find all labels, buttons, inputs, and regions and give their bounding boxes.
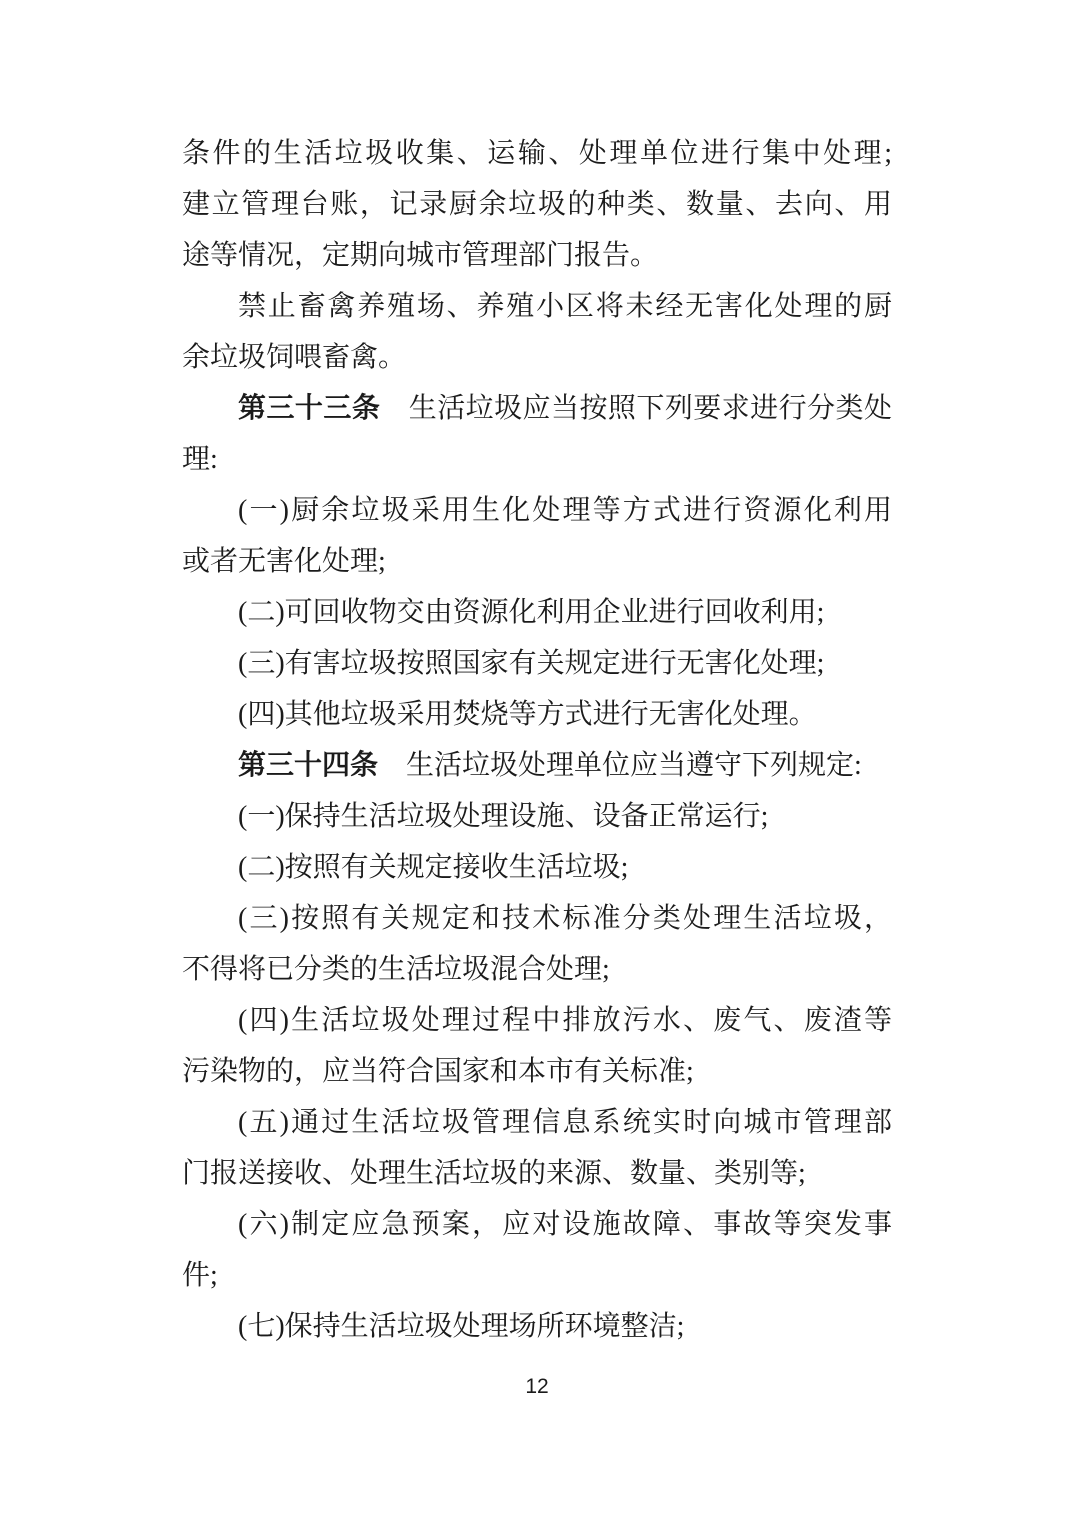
article-number: 第三十三条	[238, 393, 380, 424]
line-text: 生活垃圾处理单位应当遵守下列规定:	[378, 750, 862, 781]
line-text: (四)生活垃圾处理过程中排放污水、废气、废渣等	[238, 1005, 892, 1036]
article-heading-line: 第三十四条 生活垃圾处理单位应当遵守下列规定:	[182, 740, 892, 791]
text-line: 禁止畜禽养殖场、养殖小区将未经无害化处理的厨	[182, 281, 892, 332]
text-line: (三)按照有关规定和技术标准分类处理生活垃圾，	[182, 893, 892, 944]
line-text: 条件的生活垃圾收集、运输、处理单位进行集中处理;	[182, 138, 892, 169]
line-text: 污染物的，应当符合国家和本市有关标准;	[182, 1056, 694, 1087]
text-line: (二)按照有关规定接收生活垃圾;	[182, 842, 892, 893]
text-line: 建立管理台账，记录厨余垃圾的种类、数量、去向、用	[182, 179, 892, 230]
text-line: 污染物的，应当符合国家和本市有关标准;	[182, 1046, 892, 1097]
text-line: (五)通过生活垃圾管理信息系统实时向城市管理部	[182, 1097, 892, 1148]
text-line: (二)可回收物交由资源化利用企业进行回收利用;	[182, 587, 892, 638]
text-line: 或者无害化处理;	[182, 536, 892, 587]
text-line: 理:	[182, 434, 892, 485]
text-line: (四)其他垃圾采用焚烧等方式进行无害化处理。	[182, 689, 892, 740]
line-text: (六)制定应急预案，应对设施故障、事故等突发事	[238, 1209, 892, 1240]
line-text: 件;	[182, 1260, 218, 1291]
line-text: 理:	[182, 444, 218, 475]
text-line: (一)厨余垃圾采用生化处理等方式进行资源化利用	[182, 485, 892, 536]
line-text: 生活垃圾应当按照下列要求进行分类处	[380, 393, 892, 424]
line-text: (七)保持生活垃圾处理场所环境整洁;	[238, 1311, 684, 1342]
line-text: (二)可回收物交由资源化利用企业进行回收利用;	[238, 597, 824, 628]
line-text: (三)有害垃圾按照国家有关规定进行无害化处理;	[238, 648, 824, 679]
line-text: 禁止畜禽养殖场、养殖小区将未经无害化处理的厨	[238, 291, 892, 322]
document-body: 条件的生活垃圾收集、运输、处理单位进行集中处理;建立管理台账，记录厨余垃圾的种类…	[182, 128, 892, 1352]
line-text: 建立管理台账，记录厨余垃圾的种类、数量、去向、用	[182, 189, 892, 220]
line-text: 不得将已分类的生活垃圾混合处理;	[182, 954, 610, 985]
text-line: 件;	[182, 1250, 892, 1301]
line-text: (二)按照有关规定接收生活垃圾;	[238, 852, 628, 883]
text-line: (六)制定应急预案，应对设施故障、事故等突发事	[182, 1199, 892, 1250]
line-text: 门报送接收、处理生活垃圾的来源、数量、类别等;	[182, 1158, 806, 1189]
text-line: 途等情况，定期向城市管理部门报告。	[182, 230, 892, 281]
line-text: (三)按照有关规定和技术标准分类处理生活垃圾，	[238, 903, 892, 934]
line-text: (五)通过生活垃圾管理信息系统实时向城市管理部	[238, 1107, 892, 1138]
text-line: (七)保持生活垃圾处理场所环境整洁;	[182, 1301, 892, 1352]
line-text: (一)保持生活垃圾处理设施、设备正常运行;	[238, 801, 768, 832]
text-line: 门报送接收、处理生活垃圾的来源、数量、类别等;	[182, 1148, 892, 1199]
line-text: 或者无害化处理;	[182, 546, 386, 577]
text-line: (一)保持生活垃圾处理设施、设备正常运行;	[182, 791, 892, 842]
line-text: 余垃圾饲喂畜禽。	[182, 342, 406, 373]
line-text: (一)厨余垃圾采用生化处理等方式进行资源化利用	[238, 495, 892, 526]
article-heading-line: 第三十三条 生活垃圾应当按照下列要求进行分类处	[182, 383, 892, 434]
text-line: 不得将已分类的生活垃圾混合处理;	[182, 944, 892, 995]
document-page: 条件的生活垃圾收集、运输、处理单位进行集中处理;建立管理台账，记录厨余垃圾的种类…	[0, 0, 1074, 1520]
line-text: (四)其他垃圾采用焚烧等方式进行无害化处理。	[238, 699, 817, 730]
text-line: (四)生活垃圾处理过程中排放污水、废气、废渣等	[182, 995, 892, 1046]
text-line: (三)有害垃圾按照国家有关规定进行无害化处理;	[182, 638, 892, 689]
article-number: 第三十四条	[238, 750, 378, 781]
text-line: 余垃圾饲喂畜禽。	[182, 332, 892, 383]
line-text: 途等情况，定期向城市管理部门报告。	[182, 240, 658, 271]
text-line: 条件的生活垃圾收集、运输、处理单位进行集中处理;	[182, 128, 892, 179]
page-number: 12	[0, 1376, 1074, 1398]
